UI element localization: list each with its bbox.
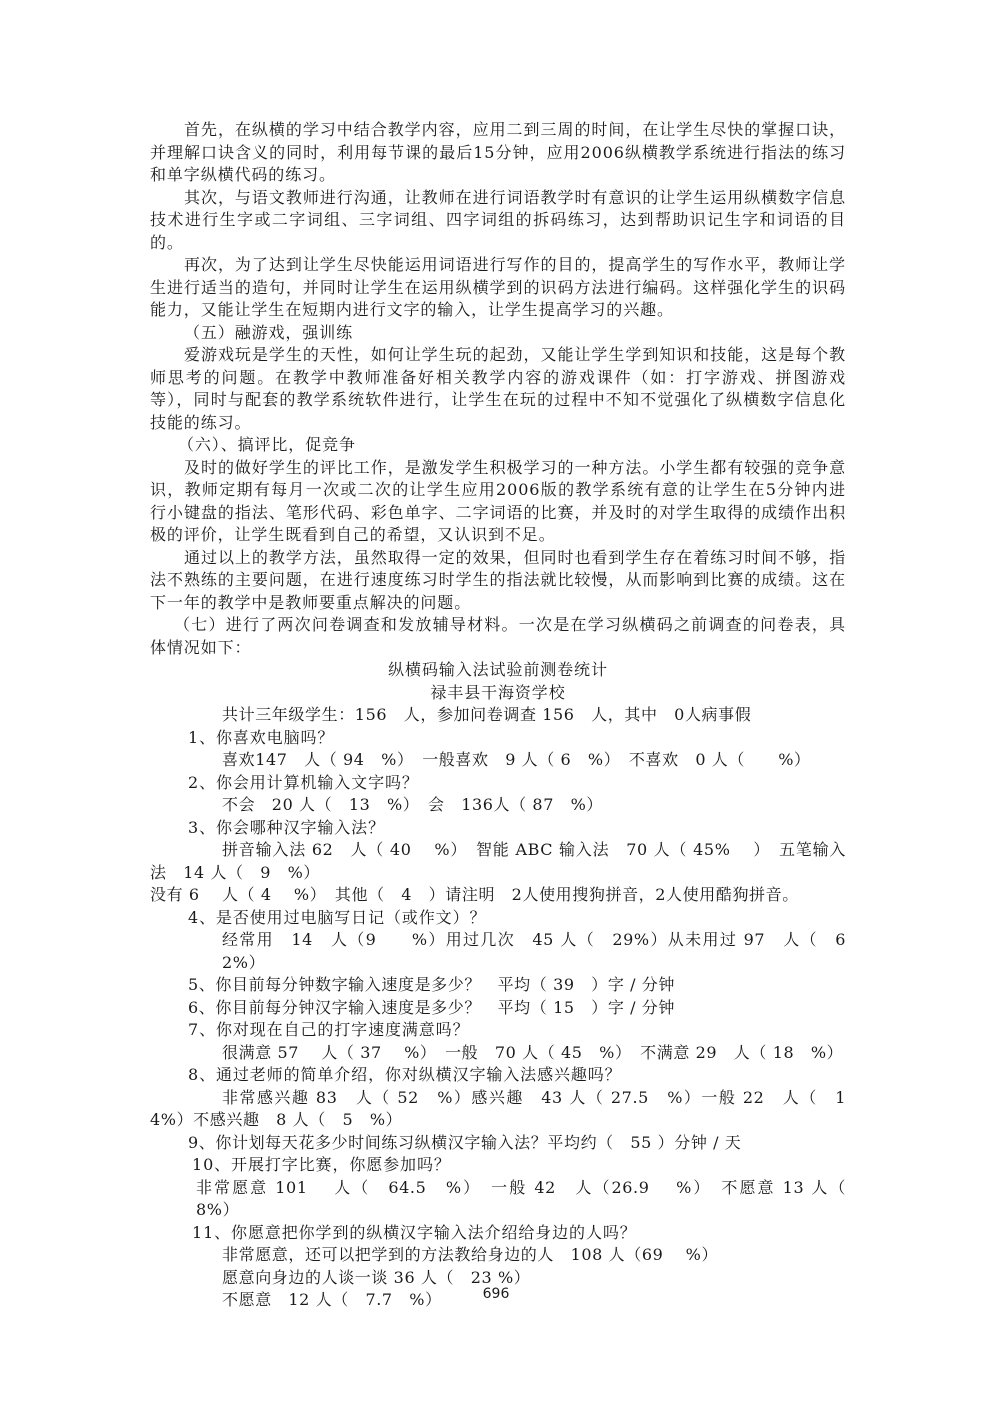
question-10: 10、开展打字比赛，你愿参加吗？ xyxy=(150,1154,846,1177)
question-9: 9、你计划每天花多少时间练习纵横汉字输入法？平均约（ 55 ）分钟 / 天 xyxy=(150,1132,846,1155)
answer-1: 喜欢147 人（ 94 %） 一般喜欢 9 人（ 6 %） 不喜欢 0 人（ %… xyxy=(150,749,846,772)
question-1: 1、你喜欢电脑吗？ xyxy=(150,727,846,750)
section-heading-7-paragraph: （七）进行了两次问卷调查和发放辅导材料。一次是在学习纵横码之前调查的问卷表，具体… xyxy=(150,614,846,659)
answer-2: 不会 20 人（ 13 %） 会 136人（ 87 %） xyxy=(150,794,846,817)
answer-4: 经常用 14 人（9 %）用过几次 45 人（ 29%）从未用过 97 人（ 6… xyxy=(150,929,846,974)
question-2: 2、你会用计算机输入文字吗？ xyxy=(150,772,846,795)
paragraph-competition: 及时的做好学生的评比工作，是激发学生积极学习的一种方法。小学生都有较强的竞争意识… xyxy=(150,457,846,547)
answer-3: 拼音输入法 62 人（ 40 %） 智能 ABC 输入法 70 人（ 45% ）… xyxy=(150,839,846,884)
survey-title: 纵横码输入法试验前测卷统计 xyxy=(150,659,846,682)
question-6: 6、你目前每分钟汉字输入速度是多少？ 平均（ 15 ）字 / 分钟 xyxy=(150,997,846,1020)
paragraph-second: 其次，与语文教师进行沟通，让教师在进行词语教学时有意识的让学生运用纵横数字信息技… xyxy=(150,187,846,255)
question-8: 8、通过老师的简单介绍，你对纵横汉字输入法感兴趣吗？ xyxy=(150,1064,846,1087)
answer-3-continued: 没有 6 人（ 4 %） 其他（ 4 ）请注明 2人使用搜狗拼音，2人使用酷狗拼… xyxy=(150,884,846,907)
answer-8: 非常感兴趣 83 人（ 52 %）感兴趣 43 人（ 27.5 %）一般 22 … xyxy=(150,1087,846,1132)
paragraph-third: 再次，为了达到让学生尽快能运用词语进行写作的目的，提高学生的写作水平，教师让学生… xyxy=(150,254,846,322)
question-4: 4、是否使用过电脑写日记（或作文）？ xyxy=(150,907,846,930)
paragraph-first: 首先，在纵横的学习中结合教学内容，应用二到三周的时间，在让学生尽快的掌握口诀，并… xyxy=(150,119,846,187)
question-3: 3、你会哪种汉字输入法？ xyxy=(150,817,846,840)
answer-10: 非常愿意 101 人（ 64.5 %） 一般 42 人（26.9 %） 不愿意 … xyxy=(150,1177,846,1222)
answer-7: 很满意 57 人（ 37 %） 一般 70 人（ 45 %） 不满意 29 人（… xyxy=(150,1042,846,1065)
question-11: 11、你愿意把你学到的纵横汉字输入法介绍给身边的人吗？ xyxy=(150,1222,846,1245)
paragraph-summary: 通过以上的教学方法，虽然取得一定的效果，但同时也看到学生存在着练习时间不够，指法… xyxy=(150,547,846,615)
answer-11-option-a: 非常愿意，还可以把学到的方法教给身边的人 108 人（69 %） xyxy=(150,1244,846,1267)
page-number: 696 xyxy=(0,1286,992,1302)
survey-school: 禄丰县干海资学校 xyxy=(150,682,846,705)
section-heading-6: （六）、搞评比，促竞争 xyxy=(150,434,846,457)
paragraph-games: 爱游戏玩是学生的天性，如何让学生玩的起劲，又能让学生学到知识和技能，这是每个教师… xyxy=(150,344,846,434)
question-7: 7、你对现在自己的打字速度满意吗？ xyxy=(150,1019,846,1042)
section-heading-5: （五）融游戏，强训练 xyxy=(150,322,846,345)
document-page: 首先，在纵横的学习中结合教学内容，应用二到三周的时间，在让学生尽快的掌握口诀，并… xyxy=(150,119,846,1312)
question-5: 5、你目前每分钟数字输入速度是多少？ 平均（ 39 ）字 / 分钟 xyxy=(150,974,846,997)
survey-summary: 共计三年级学生：156 人，参加问卷调查 156 人，其中 0人病事假 xyxy=(150,704,846,727)
